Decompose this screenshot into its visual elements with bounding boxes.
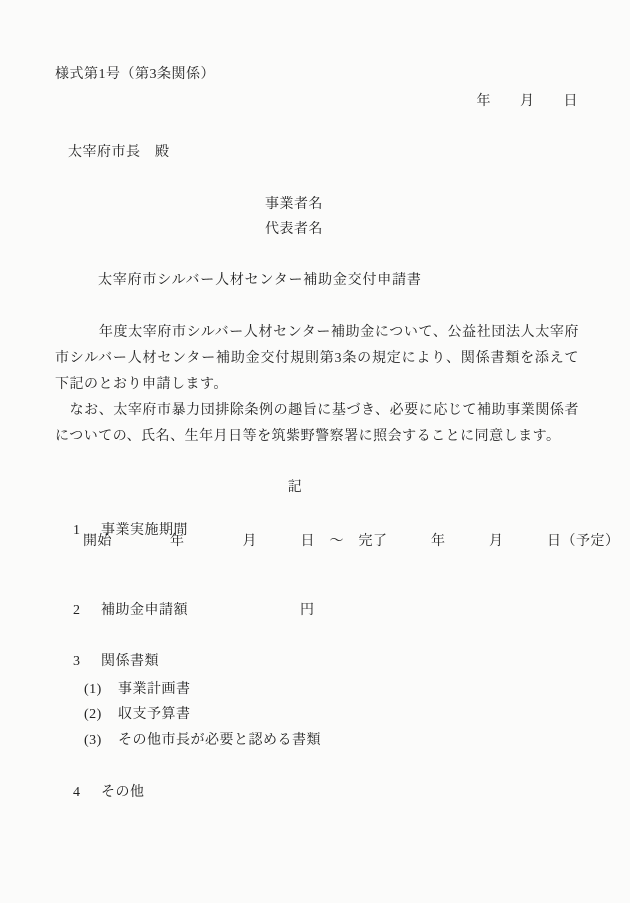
item-label: その他 xyxy=(101,785,145,800)
paragraph-application: 年度太宰府市シルバー人材センター補助金について、公益社団法人太宰府市シルバー人材… xyxy=(55,320,579,398)
subitem-label: その他市長が必要と認める書類 xyxy=(118,733,321,748)
item-project-period-detail: 開始 年 月 日 ～ 完了 年 月 日（予定） xyxy=(83,533,620,551)
form-number: 様式第1号（第3条関係） xyxy=(55,66,215,84)
body-text: 年度太宰府市シルバー人材センター補助金について、公益社団法人太宰府市シルバー人材… xyxy=(55,320,579,450)
item-other: 4その他 xyxy=(57,766,145,820)
item-label: 補助金申請額 xyxy=(101,603,188,618)
document-title: 太宰府市シルバー人材センター補助金交付申請書 xyxy=(98,272,422,290)
application-form-page: 様式第1号（第3条関係） 年 月 日 太宰府市長 殿 事業者名 代表者名 太宰府… xyxy=(0,0,630,903)
date-fill-in-line: 年 月 日 xyxy=(477,93,579,111)
item-subsidy-amount: 2補助金申請額円 xyxy=(57,584,315,638)
subitem-other-documents: (3)その他市長が必要と認める書類 xyxy=(68,714,321,768)
record-marker: 記 xyxy=(55,479,535,497)
item-number: 4 xyxy=(73,784,101,802)
paragraph-consent: なお、太宰府市暴力団排除条例の趣旨に基づき、必要に応じて補助事業関係者についての… xyxy=(55,398,579,450)
addressee-line: 太宰府市長 殿 xyxy=(68,144,170,162)
currency-unit-label: 円 xyxy=(300,603,315,618)
subitem-number: (3) xyxy=(84,732,118,750)
representative-name-label: 代表者名 xyxy=(265,221,323,239)
item-number: 2 xyxy=(73,602,101,620)
applicant-name-label: 事業者名 xyxy=(265,196,323,214)
